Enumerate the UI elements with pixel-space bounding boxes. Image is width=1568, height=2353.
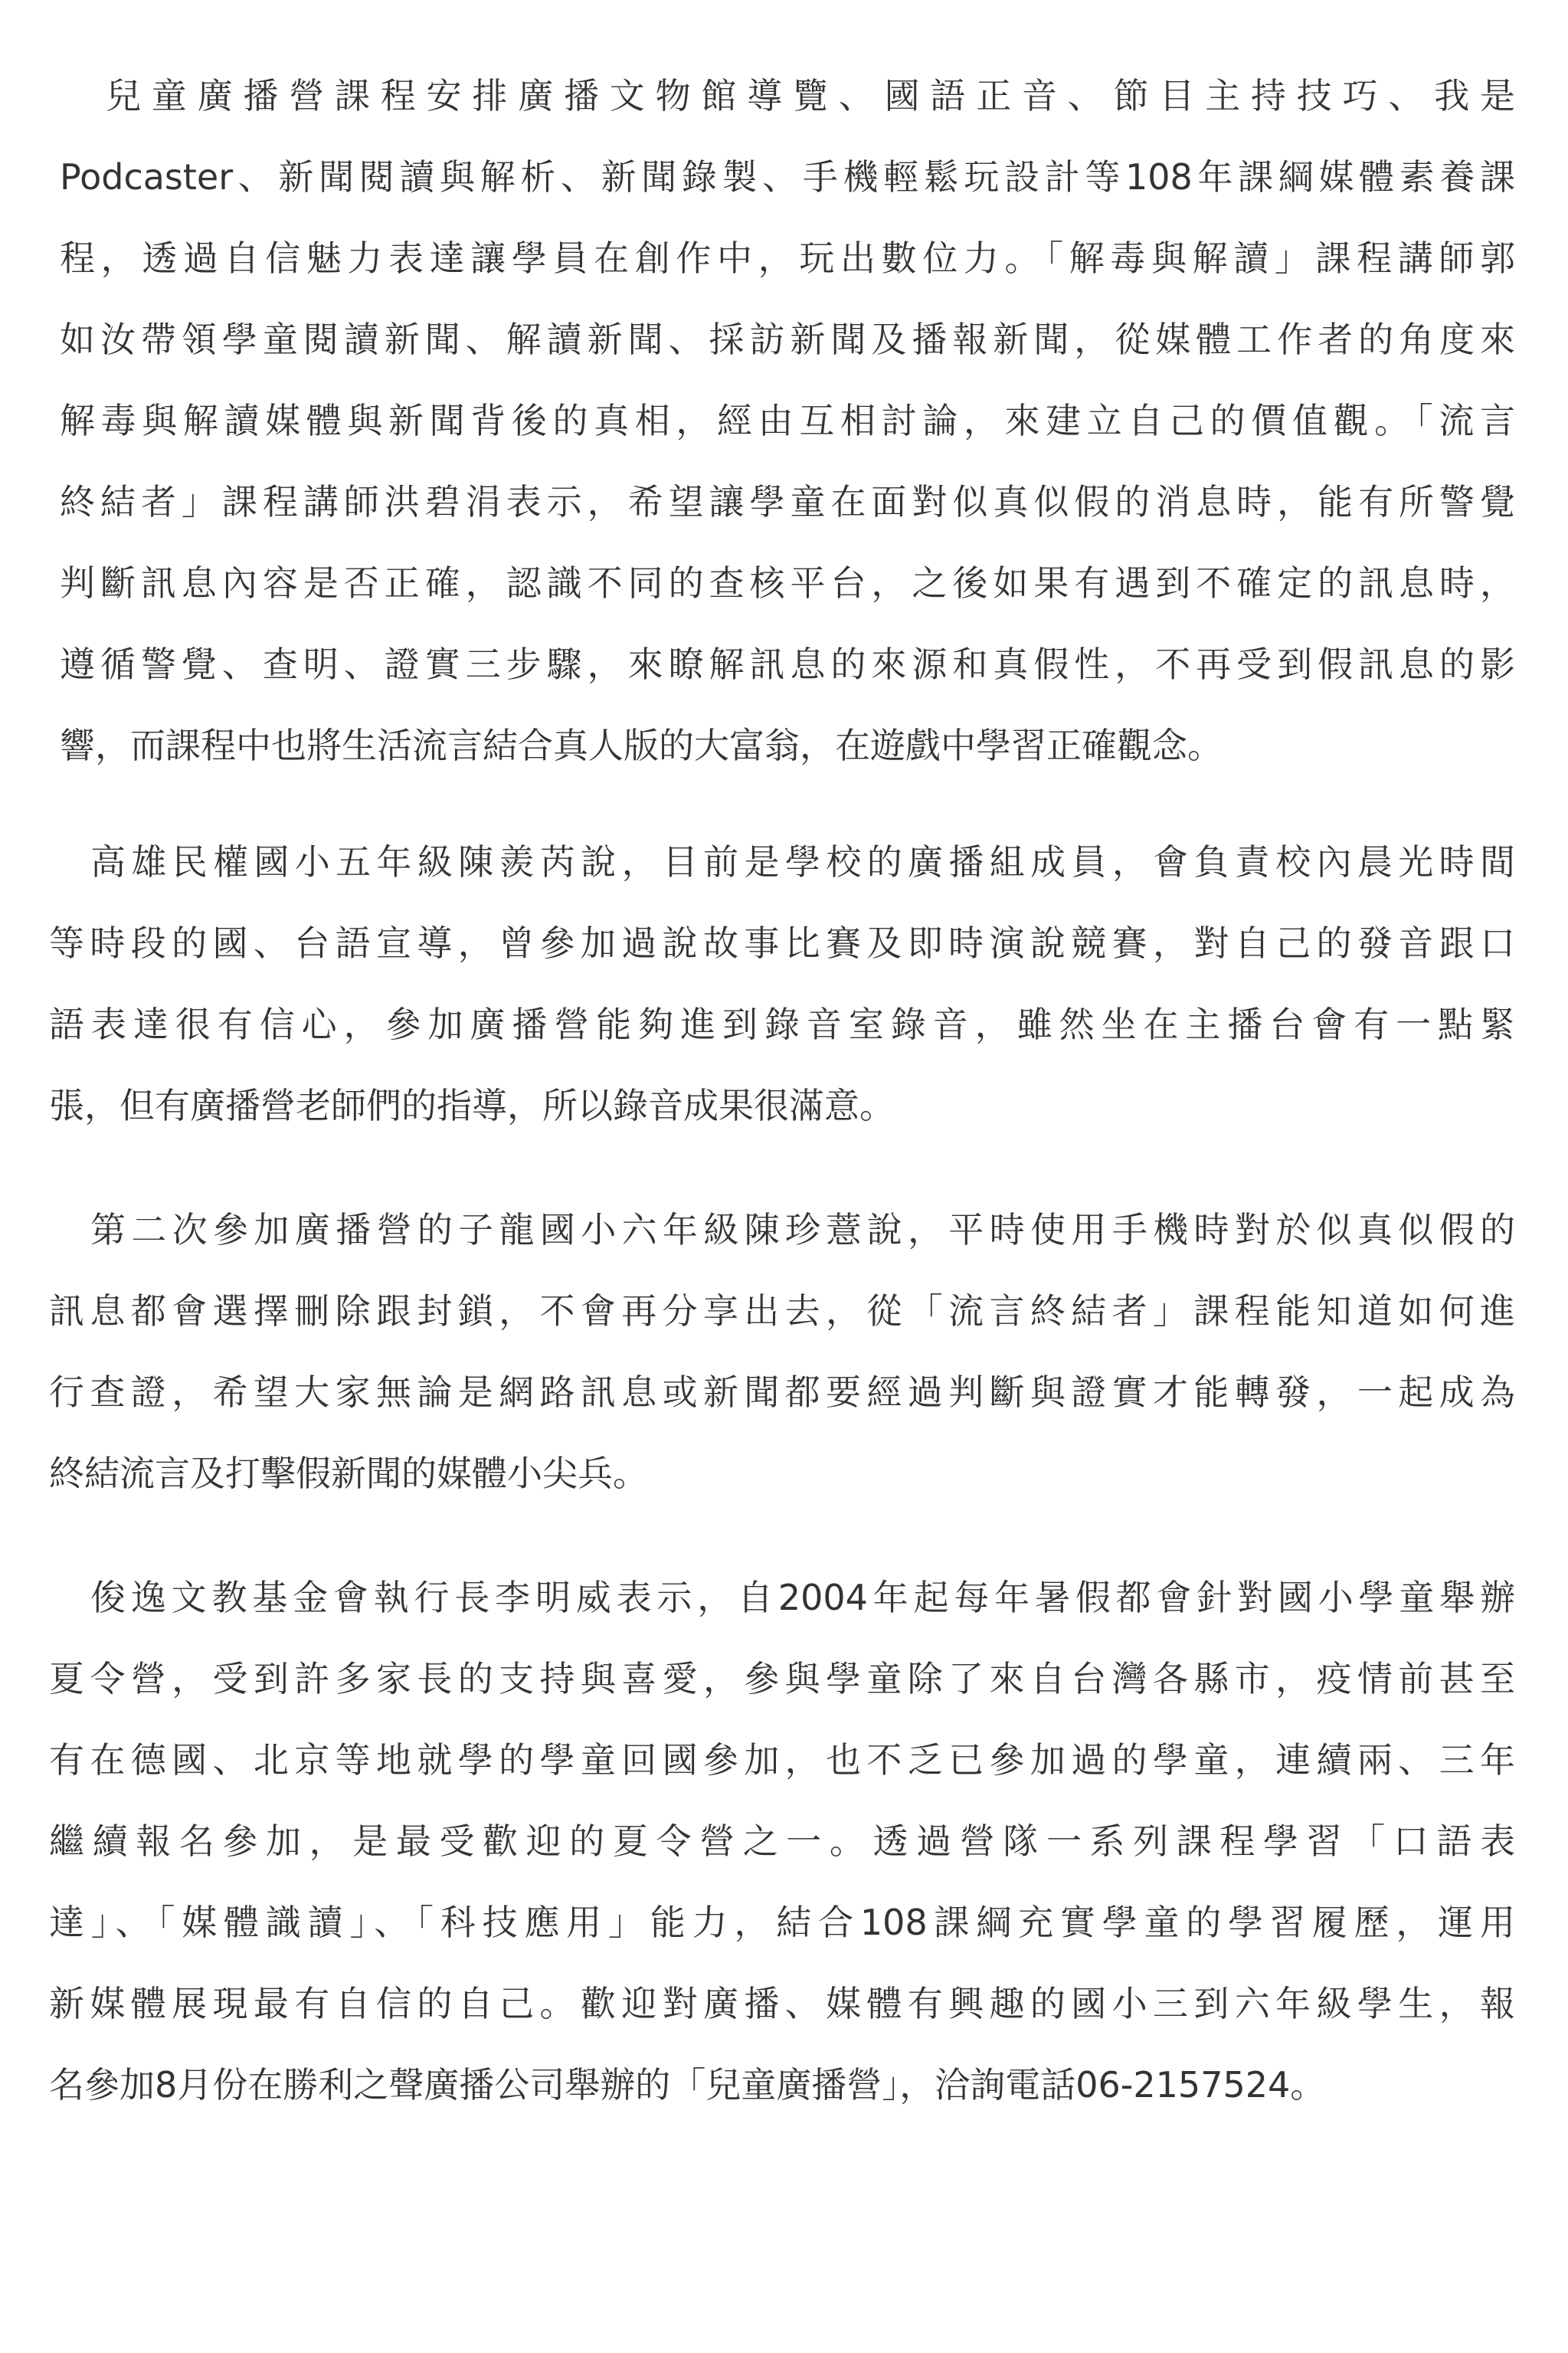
text-line: 解毒與解讀媒體與新聞背後的真相，經由互相討論，來建立自己的價值觀。「流言 — [60, 380, 1515, 461]
paragraph-course-overview: 兒童廣播營課程安排廣播文物館導覽、國語正音、節目主持技巧、我是 Podcaste… — [60, 55, 1515, 786]
text-line: 訊息都會選擇刪除跟封鎖，不會再分享出去，從「流言終結者」課程能知道如何進 — [49, 1270, 1515, 1352]
text-line: Podcaster、新聞閱讀與解析、新聞錄製、手機輕鬆玩設計等108年課綱媒體素… — [60, 136, 1515, 218]
paragraph-foundation-statement: 俊逸文教基金會執行長李明威表示，自2004年起每年暑假都會針對國小學童舉辦 夏令… — [49, 1557, 1515, 2125]
text-line: 終結者」課程講師洪碧涓表示，希望讓學童在面對似真似假的消息時，能有所警覺 — [60, 461, 1515, 542]
text-line: 程，透過自信魅力表達讓學員在創作中，玩出數位力。「解毒與解讀」課程講師郭 — [60, 218, 1515, 299]
paragraph-student-quote-2: 第二次參加廣播營的子龍國小六年級陳珍薏說，平時使用手機時對於似真似假的 訊息都會… — [49, 1189, 1515, 1514]
text-line: 名參加8月份在勝利之聲廣播公司舉辦的「兒童廣播營」，洽詢電話06-2157524… — [49, 2044, 1515, 2125]
text-line: 遵循警覺、查明、證實三步驟，來瞭解訊息的來源和真假性，不再受到假訊息的影 — [60, 624, 1515, 705]
text-line: 判斷訊息內容是否正確，認識不同的查核平台，之後如果有遇到不確定的訊息時， — [60, 542, 1515, 624]
text-line: 高雄民權國小五年級陳羨芮說，目前是學校的廣播組成員，會負責校內晨光時間 — [49, 821, 1515, 903]
text-line: 有在德國、北京等地就學的學童回國參加，也不乏已參加過的學童，連續兩、三年 — [49, 1719, 1515, 1801]
text-line: 新媒體展現最有自信的自己。歡迎對廣播、媒體有興趣的國小三到六年級學生，報 — [49, 1963, 1515, 2044]
text-line: 第二次參加廣播營的子龍國小六年級陳珍薏說，平時使用手機時對於似真似假的 — [49, 1189, 1515, 1270]
text-line: 終結流言及打擊假新聞的媒體小尖兵。 — [49, 1433, 1515, 1514]
text-line: 繼續報名參加，是最受歡迎的夏令營之一。透過營隊一系列課程學習「口語表 — [49, 1801, 1515, 1882]
text-line: 如汝帶領學童閱讀新聞、解讀新聞、採訪新聞及播報新聞，從媒體工作者的角度來 — [60, 299, 1515, 380]
text-line: 兒童廣播營課程安排廣播文物館導覽、國語正音、節目主持技巧、我是 — [60, 55, 1515, 136]
text-line: 行查證，希望大家無論是網路訊息或新聞都要經過判斷與證實才能轉發，一起成為 — [49, 1352, 1515, 1433]
text-line: 響，而課程中也將生活流言結合真人版的大富翁，在遊戲中學習正確觀念。 — [60, 705, 1515, 786]
text-line: 達」、「媒體識讀」、「科技應用」能力，結合108課綱充實學童的學習履歷，運用 — [49, 1882, 1515, 1963]
text-line: 夏令營，受到許多家長的支持與喜愛，參與學童除了來自台灣各縣市，疫情前甚至 — [49, 1638, 1515, 1719]
paragraph-student-quote-1: 高雄民權國小五年級陳羨芮說，目前是學校的廣播組成員，會負責校內晨光時間 等時段的… — [49, 821, 1515, 1146]
text-line: 語表達很有信心，參加廣播營能夠進到錄音室錄音，雖然坐在主播台會有一點緊 — [49, 984, 1515, 1065]
text-line: 俊逸文教基金會執行長李明威表示，自2004年起每年暑假都會針對國小學童舉辦 — [49, 1557, 1515, 1638]
text-line: 張，但有廣播營老師們的指導，所以錄音成果很滿意。 — [49, 1065, 1515, 1146]
text-line: 等時段的國、台語宣導，曾參加過說故事比賽及即時演說競賽，對自己的發音跟口 — [49, 903, 1515, 984]
